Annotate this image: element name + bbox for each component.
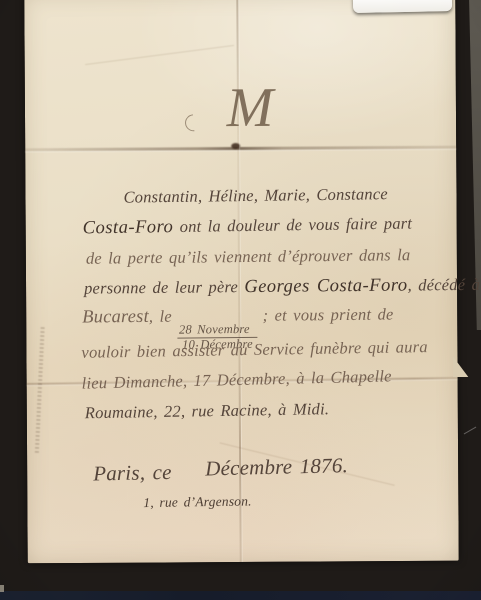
given-names: Constantin, Héline, Marie, Constance: [123, 184, 388, 206]
closing-place-text: Paris, ce: [93, 460, 172, 486]
death-place: Bucarest: [82, 307, 149, 328]
announcement-line-where: Roumaine, 22, rue Racine, à Midi.: [85, 399, 330, 423]
announcement-line-3: de la perte qu’ils viennent d’éprouver d…: [86, 245, 411, 269]
line2-text: ont la douleur de vous faire part: [173, 214, 412, 237]
line5-text-end: ; et vous prient de: [262, 305, 393, 325]
announcement-line-when: lieu Dimanche, 17 Décembre, à la Chapell…: [81, 366, 391, 393]
line8-text: Roumaine, 22, rue Racine, à Midi.: [85, 399, 330, 422]
sender-address: 1, rue d’Argenson.: [143, 493, 252, 511]
line3-text: de la perte qu’ils viennent d’éprouver d…: [86, 245, 411, 268]
announcement-line-names: Constantin, Héline, Marie, Constance: [123, 184, 388, 207]
monogram-flourish: [182, 111, 206, 135]
announcement-line-family: Costa-Foro ont la douleur de vous faire …: [83, 214, 413, 240]
horizontal-fold-crease-top: [25, 146, 456, 152]
printer-imprint-illegible: [35, 327, 45, 455]
diagonal-crease: [85, 45, 234, 65]
table-surface: [0, 591, 481, 600]
closing-date-text: Décembre 1876.: [205, 453, 348, 480]
family-name: Costa-Foro: [83, 217, 174, 238]
background-notch: [0, 585, 4, 592]
funeral-announcement-paper: M Constantin, Héline, Marie, Constance C…: [24, 0, 458, 563]
photographed-mourning-announcement: M Constantin, Héline, Marie, Constance C…: [0, 0, 481, 600]
line4-text: personne de leur père: [84, 277, 244, 298]
white-label-tab: [353, 0, 452, 13]
line7-text: lieu Dimanche, 17 Décembre, à la Chapell…: [81, 366, 391, 392]
closing-place: Paris, ce: [93, 460, 172, 487]
monogram-letter: M: [226, 77, 273, 139]
sender-address-text: 1, rue d’Argenson.: [143, 493, 252, 510]
line4-text-end: , décédé à: [407, 275, 480, 295]
monogram-m: M: [175, 79, 325, 136]
line5-le: , le: [149, 307, 172, 326]
border-scratch: [464, 427, 477, 435]
closing-date: Décembre 1876.: [205, 453, 348, 481]
deceased-name: Georges Costa-Foro: [244, 276, 407, 298]
announcement-line-deceased: personne de leur père Georges Costa-Foro…: [84, 275, 480, 300]
